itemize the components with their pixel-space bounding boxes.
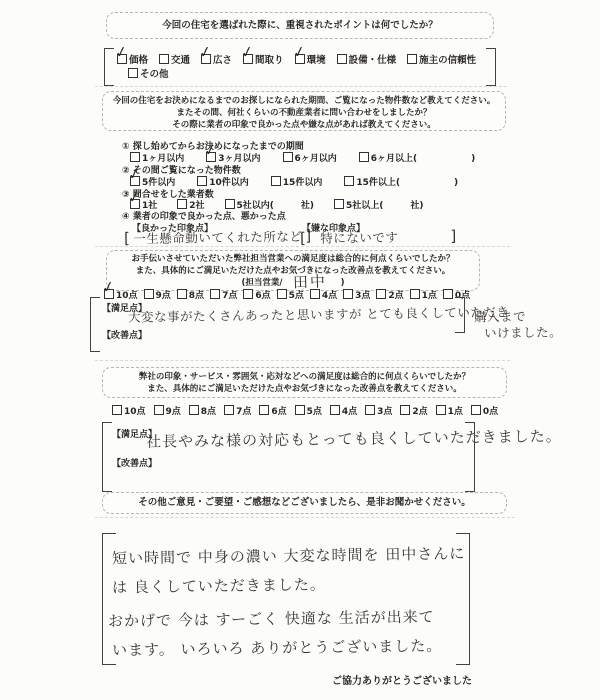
score-option: 3点 [365, 404, 392, 417]
checkbox[interactable] [443, 289, 453, 299]
checkbox[interactable] [144, 289, 154, 299]
checkbox[interactable] [243, 54, 253, 64]
handwritten-comment-line: います。 いろいろ ありがとうございました。 [112, 635, 443, 661]
score-label: 1点 [422, 291, 437, 301]
question-box-5: その他ご意見・ご要望・ご感想などございましたら、是非お聞かせください。 [102, 492, 507, 514]
q2-title-line: またその間、何社くらいの不動産業者に問い合わせをしましたか？ [103, 107, 505, 119]
checkbox[interactable] [210, 289, 220, 299]
check-mark-icon [114, 44, 129, 61]
checkbox[interactable] [104, 289, 114, 299]
score-option: 2点 [376, 288, 403, 301]
score-label: 8点 [201, 407, 216, 417]
question-box-1: 今回の住宅を選ばれた際に、重視されたポイントは何でしたか？ [106, 12, 494, 39]
option-label: 15件以上( ) [356, 178, 458, 188]
handwritten-satisfy-answer: 大変な事がたくさんあったと思いますが とても良くしていただき [128, 302, 510, 325]
improve-label: 【改善点】 [102, 328, 147, 341]
checkbox[interactable] [365, 405, 375, 415]
answer-bracket-left [104, 48, 114, 86]
score-label: 2点 [412, 407, 427, 417]
checkbox[interactable] [283, 152, 293, 162]
score-option: 8点 [189, 404, 216, 417]
score-label: 9点 [166, 407, 181, 417]
option: 施主の信頼性 [407, 52, 476, 66]
checkbox[interactable] [295, 54, 305, 64]
score-label: 3点 [355, 291, 370, 301]
handwritten-satisfy-answer: 社長やみな様の対応もとっても良くしていただきました。 [146, 425, 562, 452]
survey-sheet: 今回の住宅を選ばれた際に、重視されたポイントは何でしたか？ 価格 交通 広さ 間… [0, 0, 600, 700]
score-label: 10点 [116, 291, 138, 301]
checkbox[interactable] [330, 405, 340, 415]
q4-title-line: 弊社の印象・サービス・雰囲気・応対などへの満足度は総合的に何点くらいでしたか？ [103, 371, 506, 383]
s1-options-row: 価格 交通 広さ 間取り 環境 設備・仕様 施主の信頼性 [117, 52, 476, 66]
checkbox[interactable] [130, 199, 140, 209]
score-label: 6点 [255, 291, 270, 301]
option-label: 5社以上( 社) [346, 201, 424, 211]
score-option: 9点 [154, 404, 181, 417]
score-label: 6点 [271, 407, 286, 417]
option: 広さ [201, 52, 232, 66]
option: 間取り [243, 52, 284, 66]
score-label: 9点 [156, 291, 171, 301]
score-label: 10点 [124, 407, 146, 417]
q4-title-line: また、具体的にご満足いただけた点やお気づきになった改善点を教えてください。 [103, 383, 506, 395]
handwritten-comment-line: 短い時間で 中身の濃い 大変な時間を 田中さんに [112, 543, 466, 569]
checkbox[interactable] [376, 289, 386, 299]
score-option: 8点 [177, 288, 204, 301]
checkbox[interactable] [407, 54, 417, 64]
checkbox[interactable] [128, 68, 138, 78]
checkbox[interactable] [177, 289, 187, 299]
option-label: 15件以内 [283, 178, 323, 188]
score-label: 7点 [222, 291, 237, 301]
score-option: 1点 [410, 288, 437, 301]
check-mark-icon [240, 44, 255, 61]
q5-title: その他ご意見・ご要望・ご感想などございましたら、是非お聞かせください。 [138, 497, 471, 508]
answer-bracket-left [102, 422, 112, 492]
agent-score-row: 10点 9点 8点 7点 6点 5点 4点 3点 2点 1点 0点 [104, 288, 470, 301]
checkbox[interactable] [410, 289, 420, 299]
checkbox[interactable] [201, 54, 211, 64]
checkbox[interactable] [130, 152, 140, 162]
option: 15件以上( ) [344, 175, 458, 188]
score-option: 10点 [112, 404, 146, 417]
handwritten-good-impression: 一生懸命動いてくれた所など [124, 227, 312, 248]
q2-title-line: その際に業者の印象で良かった点や嫌な点があれば教えてください。 [103, 119, 505, 131]
score-label: 2点 [388, 291, 403, 301]
scan-separator [95, 86, 507, 87]
checkbox[interactable] [189, 405, 199, 415]
score-option: 7点 [224, 404, 251, 417]
option: 交通 [159, 52, 190, 66]
option-label: 広さ [213, 55, 232, 66]
question-box-3: お手伝いさせていただいた弊社担当営業への満足度は総合的に何点くらいでしたか？ ま… [106, 250, 480, 291]
check-mark-icon [291, 44, 306, 61]
checkbox[interactable] [177, 199, 187, 209]
score-option: 5点 [295, 404, 322, 417]
option-label: 施主の信頼性 [419, 55, 476, 66]
score-label: 1点 [448, 407, 463, 417]
company-score-row: 10点 9点 8点 7点 6点 5点 4点 3点 2点 1点 0点 [112, 404, 498, 417]
checkbox[interactable] [117, 54, 127, 64]
handwritten-comment-line: は 良くしていただきました。 [112, 574, 326, 598]
checkbox[interactable] [344, 176, 354, 186]
checkbox[interactable] [259, 405, 269, 415]
checkbox[interactable] [154, 405, 164, 415]
handwritten-bad-impression: 特にないです [300, 227, 457, 247]
option: 6ヶ月以上( ) [359, 151, 476, 164]
score-option: 5点 [277, 288, 304, 301]
q1-title: 今回の住宅を選ばれた際に、重視されたポイントは何でしたか？ [162, 20, 438, 31]
score-option: 10点 [104, 288, 138, 301]
checkbox[interactable] [225, 199, 235, 209]
footer-thanks: ご協力ありがとうございました [332, 672, 472, 687]
q2-title-line: 今回の住宅をお決めになるまでのお探しになられた期間、ご覧になった物件数など教えて… [103, 95, 505, 107]
score-option: 4点 [310, 288, 337, 301]
checkbox[interactable] [159, 54, 169, 64]
checkbox[interactable] [277, 289, 287, 299]
s1-options-row-2: その他 [128, 66, 169, 80]
score-label: 8点 [189, 291, 204, 301]
checkbox[interactable] [471, 405, 481, 415]
option: 5社以上( 社) [334, 198, 424, 211]
checkbox[interactable] [343, 289, 353, 299]
checkbox[interactable] [359, 152, 369, 162]
rep-prefix: (担当営業/ [242, 278, 283, 288]
checkbox[interactable] [206, 152, 216, 162]
score-option: 4点 [330, 404, 357, 417]
question-box-2: 今回の住宅をお決めになるまでのお探しになられた期間、ご覧になった物件数など教えて… [102, 91, 506, 131]
scan-separator [95, 517, 515, 518]
option-label: 6ヶ月以上( ) [371, 154, 476, 164]
option-label: 間取り [255, 55, 284, 66]
option-label: 設備・仕様 [349, 55, 397, 66]
option: 環境 [295, 52, 326, 66]
score-option: 2点 [400, 404, 427, 417]
option: 15件以内 [271, 175, 323, 188]
checkbox[interactable] [130, 176, 140, 186]
option-label: 6ヶ月以内 [295, 154, 337, 164]
option-label: 10件以内 [209, 178, 249, 188]
checkbox[interactable] [337, 54, 347, 64]
score-option: 6点 [259, 404, 286, 417]
option: 価格 [117, 52, 148, 66]
score-option: 3点 [343, 288, 370, 301]
answer-bracket-right [486, 48, 496, 86]
score-label: 4点 [322, 291, 337, 301]
checkbox[interactable] [295, 405, 305, 415]
handwritten-comment-line: おかげで 今は すーごく 快適な 生活が出来て [108, 606, 435, 632]
checkbox[interactable] [197, 176, 207, 186]
checkbox[interactable] [224, 405, 234, 415]
score-label: 5点 [289, 291, 304, 301]
option-label: その他 [140, 69, 169, 80]
score-label: 7点 [236, 407, 251, 417]
score-option: 0点 [471, 404, 498, 417]
score-label: 4点 [342, 407, 357, 417]
score-label: 3点 [377, 407, 392, 417]
score-label: 0点 [483, 407, 498, 417]
option: 6ヶ月以内 [283, 151, 337, 164]
improve-label: 【改善点】 [112, 456, 157, 469]
option: 設備・仕様 [337, 52, 397, 66]
score-option: 9点 [144, 288, 171, 301]
score-option: 1点 [436, 404, 463, 417]
score-option: 6点 [243, 288, 270, 301]
checkbox[interactable] [400, 405, 410, 415]
question-box-4: 弊社の印象・サービス・雰囲気・応対などへの満足度は総合的に何点くらいでしたか？ … [102, 367, 507, 398]
score-option: 7点 [210, 288, 237, 301]
checkbox[interactable] [436, 405, 446, 415]
option-label: 価格 [129, 55, 148, 66]
checkbox[interactable] [112, 405, 122, 415]
score-label: 5点 [307, 407, 322, 417]
option: その他 [128, 66, 169, 80]
option-label: 交通 [171, 55, 190, 66]
rep-suffix: ) [341, 278, 345, 288]
option-label: 環境 [307, 55, 326, 66]
check-mark-icon [198, 44, 213, 61]
checkbox[interactable] [310, 289, 320, 299]
answer-bracket-left [90, 297, 100, 352]
checkbox[interactable] [334, 199, 344, 209]
checkbox[interactable] [243, 289, 253, 299]
scan-separator [95, 360, 510, 361]
handwritten-satisfy-overflow: いけました。 [484, 322, 562, 341]
checkbox[interactable] [271, 176, 281, 186]
q3-title-line: お手伝いさせていただいた弊社担当営業への満足度は総合的に何点くらいでしたか？ [107, 254, 479, 266]
